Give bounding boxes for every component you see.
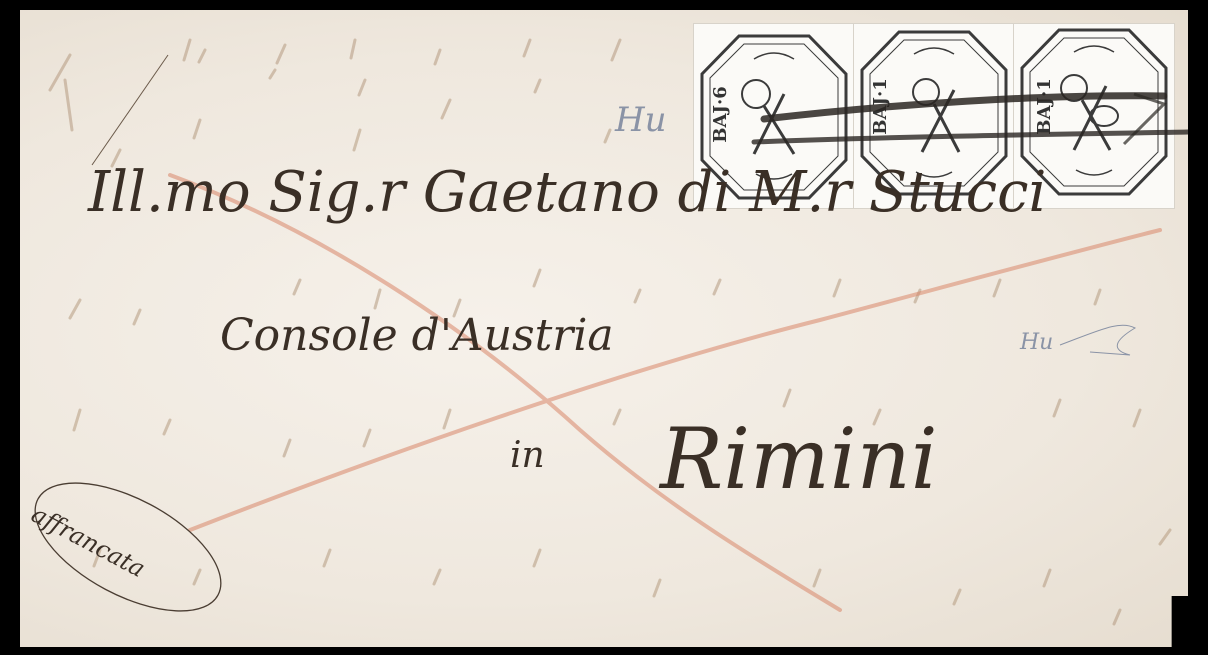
address-line-1: Ill.mo Sig.r Gaetano di M.r Stucci — [88, 160, 1046, 225]
address-line-2: Console d'Austria — [220, 310, 614, 361]
pencil-mark: Hu — [615, 100, 667, 140]
address-city: Rimini — [660, 410, 938, 508]
pen-stroke — [92, 55, 168, 165]
postal-cover: BAJ·6 BAJ·1 BAJ·1 — [20, 10, 1188, 647]
address-line-3-prefix: in — [510, 435, 545, 476]
pencil-mark: Hu — [1020, 330, 1053, 355]
